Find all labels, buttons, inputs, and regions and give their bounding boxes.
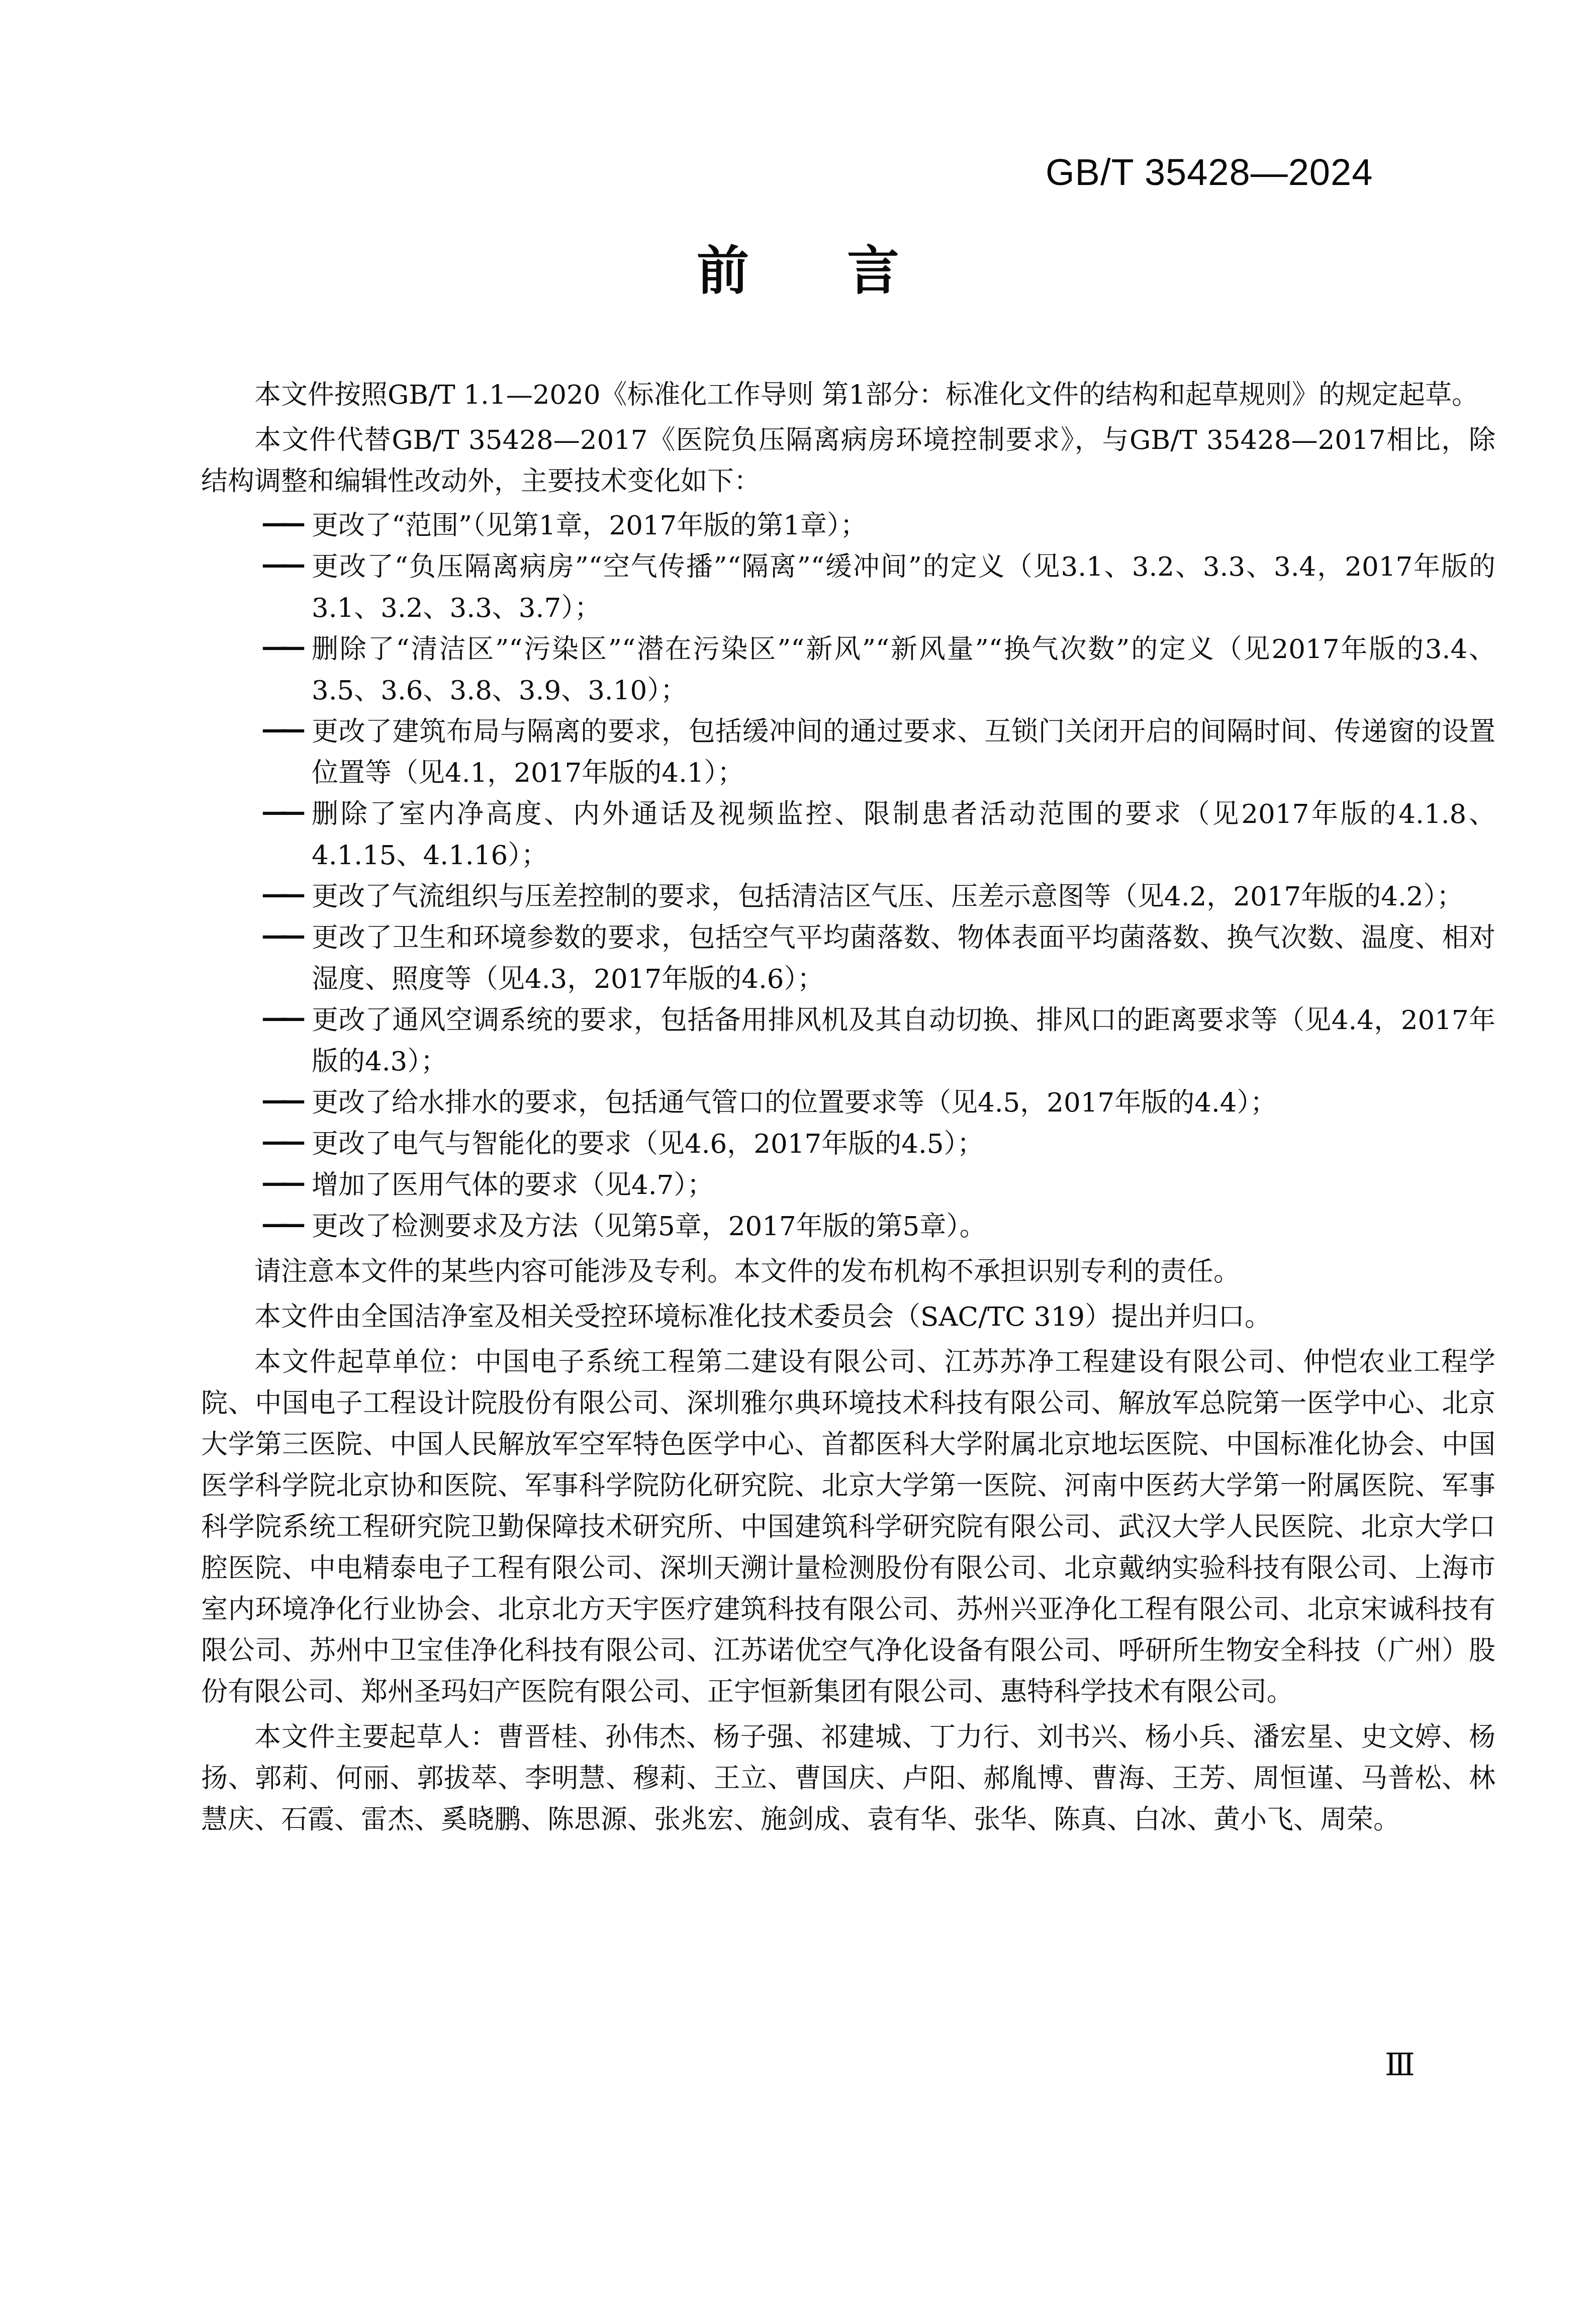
dash-marker: —— [261,791,297,832]
foreword-title-char-second: 言 [847,229,899,304]
change-item: —— 更改了给水排水的要求，包括通气管口的位置要求等（见4.5，2017年版的4… [201,1082,1495,1124]
standard-number: GB/T 35428—2024 [1046,151,1373,194]
change-text: 更改了建筑布局与隔离的要求，包括缓冲间的通过要求、互锁门关闭开启的间隔时间、传递… [312,716,1495,788]
change-item: —— 更改了“范围”（见第1章，2017年版的第1章）； [201,505,1495,546]
paragraph-patent-notice: 请注意本文件的某些内容可能涉及专利。本文件的发布机构不承担识别专利的责任。 [201,1251,1495,1292]
change-item: —— 删除了室内净高度、内外通话及视频监控、限制患者活动范围的要求（见2017年… [201,794,1495,876]
dash-marker: —— [261,626,297,667]
change-text: 更改了“范围”（见第1章，2017年版的第1章）； [312,510,867,541]
technical-changes-list: —— 更改了“范围”（见第1章，2017年版的第1章）； —— 更改了“负压隔离… [201,505,1495,1247]
dash-marker: —— [261,873,297,914]
change-item: —— 更改了气流组织与压差控制的要求，包括清洁区气压、压差示意图等（见4.2，2… [201,876,1495,917]
change-item: —— 更改了电气与智能化的要求（见4.6，2017年版的4.5）； [201,1124,1495,1165]
change-item: —— 删除了“清洁区”“污染区”“潜在污染区”“新风”“新风量”“换气次数”的定… [201,629,1495,711]
document-page: GB/T 35428—2024 前 言 本文件按照GB/T 1.1—2020《标… [0,0,1596,2311]
change-item: —— 更改了“负压隔离病房”“空气传播”“隔离”“缓冲间”的定义（见3.1、3.… [201,546,1495,629]
dash-marker: —— [261,708,297,750]
dash-marker: —— [261,997,297,1038]
change-text: 更改了电气与智能化的要求（见4.6，2017年版的4.5）； [312,1129,984,1159]
paragraph-drafting-organizations: 本文件起草单位：中国电子系统工程第二建设有限公司、江苏苏净工程建设有限公司、仲恺… [201,1342,1495,1713]
change-item: —— 增加了医用气体的要求（见4.7）； [201,1165,1495,1206]
change-item: —— 更改了卫生和环境参数的要求，包括空气平均菌落数、物体表面平均菌落数、换气次… [201,917,1495,1000]
dash-marker: —— [261,1162,297,1203]
change-item: —— 更改了通风空调系统的要求，包括备用排风机及其自动切换、排风口的距离要求等（… [201,1000,1495,1082]
change-item: —— 更改了检测要求及方法（见第5章，2017年版的第5章）。 [201,1206,1495,1247]
change-text: 删除了“清洁区”“污染区”“潜在污染区”“新风”“新风量”“换气次数”的定义（见… [312,634,1495,706]
change-text: 更改了检测要求及方法（见第5章，2017年版的第5章）。 [312,1211,986,1242]
change-text: 更改了通风空调系统的要求，包括备用排风机及其自动切换、排风口的距离要求等（见4.… [312,1005,1495,1077]
dash-marker: —— [261,1203,297,1244]
foreword-title-char-first: 前 [697,229,749,304]
dash-marker: —— [261,1079,297,1121]
dash-marker: —— [261,543,297,585]
paragraph-main-drafters: 本文件主要起草人：曹晋桂、孙伟杰、杨子强、祁建城、丁力行、刘书兴、杨小兵、潘宏星… [201,1717,1495,1840]
foreword-body: 本文件按照GB/T 1.1—2020《标准化工作导则 第1部分：标准化文件的结构… [201,375,1495,1840]
paragraph-committee: 本文件由全国洁净室及相关受控环境标准化技术委员会（SAC/TC 319）提出并归… [201,1297,1495,1338]
paragraph-drafting-rules: 本文件按照GB/T 1.1—2020《标准化工作导则 第1部分：标准化文件的结构… [201,375,1495,416]
change-text: 更改了气流组织与压差控制的要求，包括清洁区气压、压差示意图等（见4.2，2017… [312,881,1463,912]
change-item: —— 更改了建筑布局与隔离的要求，包括缓冲间的通过要求、互锁门关闭开启的间隔时间… [201,711,1495,794]
dash-marker: —— [261,914,297,956]
foreword-title: 前 言 [0,229,1596,304]
change-text: 更改了卫生和环境参数的要求，包括空气平均菌落数、物体表面平均菌落数、换气次数、温… [312,922,1495,994]
dash-marker: —— [261,502,297,543]
change-text: 更改了“负压隔离病房”“空气传播”“隔离”“缓冲间”的定义（见3.1、3.2、3… [312,551,1495,623]
paragraph-replacement: 本文件代替GB/T 35428—2017《医院负压隔离病房环境控制要求》，与GB… [201,420,1495,502]
change-text: 增加了医用气体的要求（见4.7）； [312,1170,714,1200]
dash-marker: —— [261,1121,297,1162]
change-text: 更改了给水排水的要求，包括通气管口的位置要求等（见4.5，2017年版的4.4）… [312,1087,1277,1118]
page-number: Ⅲ [1385,2046,1415,2083]
change-text: 删除了室内净高度、内外通话及视频监控、限制患者活动范围的要求（见2017年版的4… [312,799,1495,871]
